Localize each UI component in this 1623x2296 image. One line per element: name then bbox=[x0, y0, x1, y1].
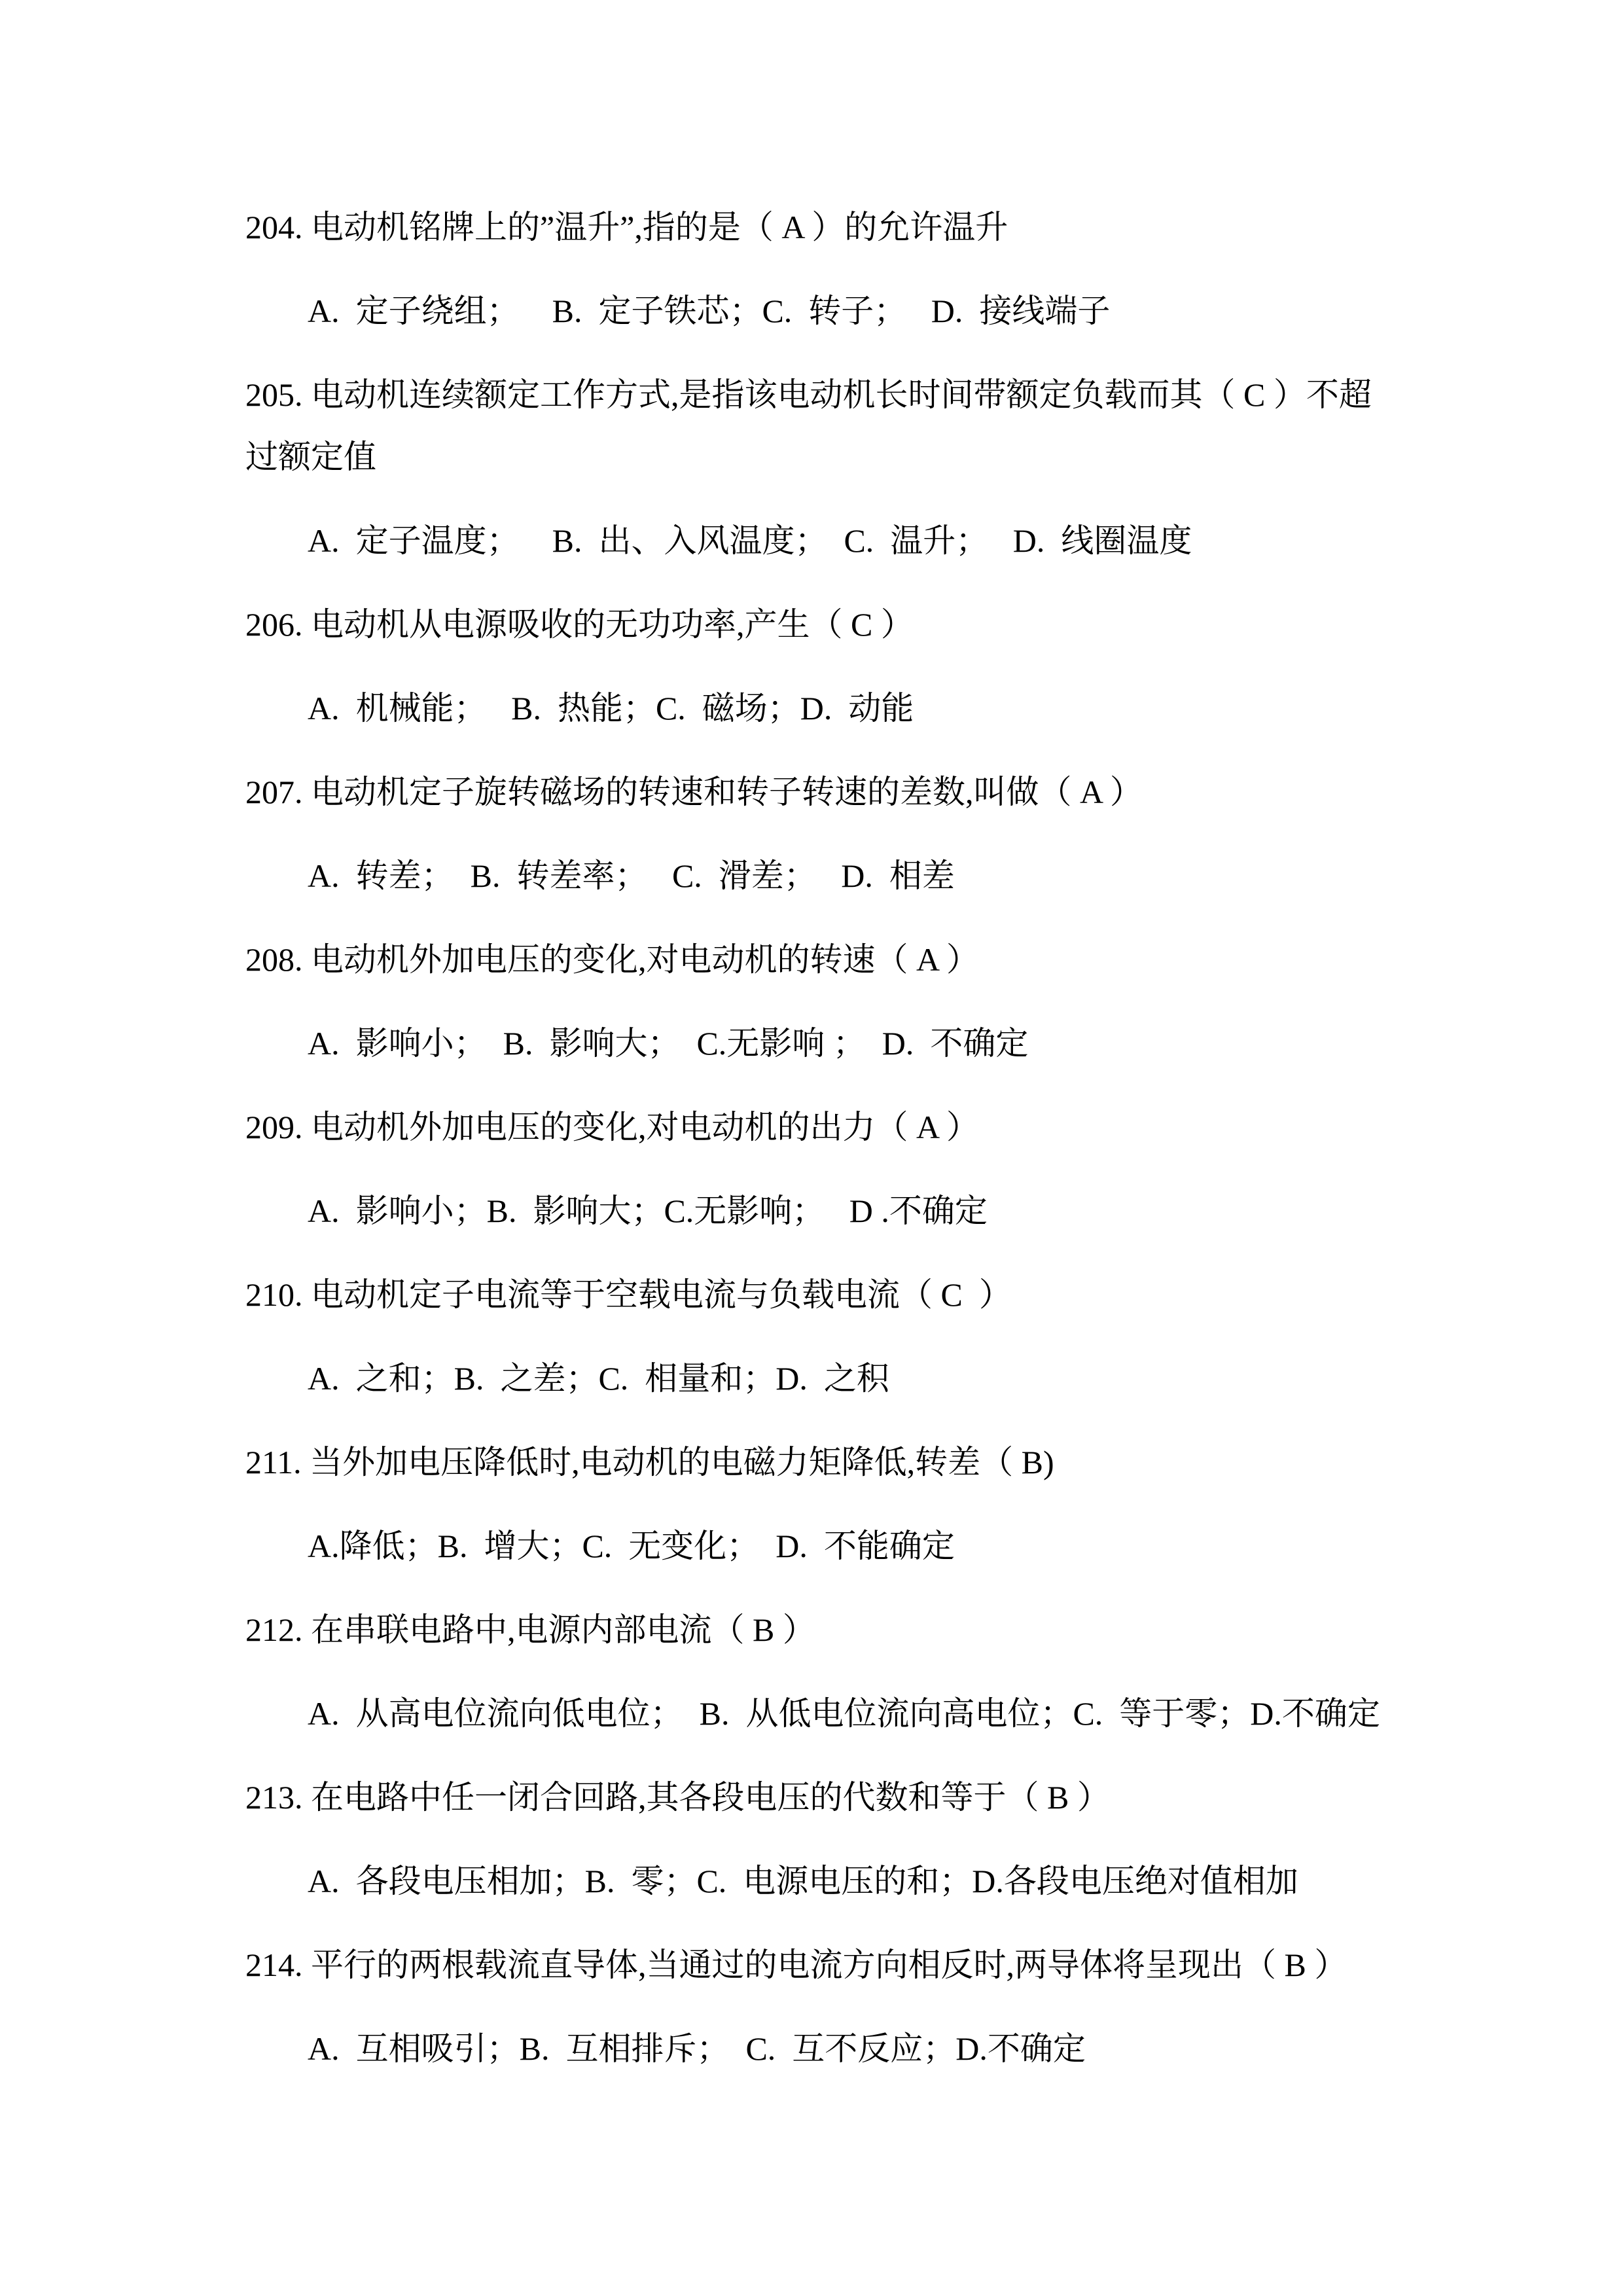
options-line: A. 定子温度； B. 出、入风温度； C. 温升； D. 线圈温度 bbox=[245, 510, 1417, 572]
question-text: 207. 电动机定子旋转磁场的转速和转子转速的差数,叫做（ A ） bbox=[245, 761, 1417, 823]
question-text: 214. 平行的两根载流直导体,当通过的电流方向相反时,两导体将呈现出（ B ） bbox=[245, 1934, 1417, 1996]
question-text: 208. 电动机外加电压的变化,对电动机的转速（ A ） bbox=[245, 929, 1417, 991]
options-line: A. 各段电压相加；B. 零；C. 电源电压的和；D.各段电压绝对值相加 bbox=[245, 1850, 1417, 1912]
options-line: A. 之和；B. 之差；C. 相量和；D. 之积 bbox=[245, 1348, 1417, 1410]
options-line: A. 从高电位流向低电位； B. 从低电位流向高电位；C. 等于零；D.不确定 bbox=[245, 1683, 1417, 1745]
question-214: 214. 平行的两根载流直导体,当通过的电流方向相反时,两导体将呈现出（ B ）… bbox=[245, 1934, 1417, 2080]
question-209: 209. 电动机外加电压的变化,对电动机的出力（ A ） A. 影响小；B. 影… bbox=[245, 1096, 1417, 1242]
options-line: A. 定子绕组； B. 定子铁芯；C. 转子； D. 接线端子 bbox=[245, 280, 1417, 342]
options-line: A. 影响小； B. 影响大； C.无影响 ； D. 不确定 bbox=[245, 1013, 1417, 1075]
question-text: 205. 电动机连续额定工作方式,是指该电动机长时间带额定负载而其（ C ）不超 bbox=[245, 364, 1417, 426]
question-text: 211. 当外加电压降低时,电动机的电磁力矩降低,转差（ B) bbox=[245, 1431, 1417, 1494]
question-text: 204. 电动机铭牌上的”温升”,指的是（ A ）的允许温升 bbox=[245, 196, 1417, 259]
question-text: 212. 在串联电路中,电源内部电流（ B ） bbox=[245, 1599, 1417, 1661]
question-204: 204. 电动机铭牌上的”温升”,指的是（ A ）的允许温升 A. 定子绕组； … bbox=[245, 196, 1417, 342]
question-207: 207. 电动机定子旋转磁场的转速和转子转速的差数,叫做（ A ） A. 转差；… bbox=[245, 761, 1417, 907]
question-text: 213. 在电路中任一闭合回路,其各段电压的代数和等于（ B ） bbox=[245, 1767, 1417, 1829]
question-211: 211. 当外加电压降低时,电动机的电磁力矩降低,转差（ B) A.降低；B. … bbox=[245, 1431, 1417, 1577]
document-page: 204. 电动机铭牌上的”温升”,指的是（ A ）的允许温升 A. 定子绕组； … bbox=[0, 0, 1623, 2296]
question-208: 208. 电动机外加电压的变化,对电动机的转速（ A ） A. 影响小； B. … bbox=[245, 929, 1417, 1075]
options-line: A. 影响小；B. 影响大；C.无影响； D .不确定 bbox=[245, 1180, 1417, 1242]
options-line: A. 机械能； B. 热能；C. 磁场；D. 动能 bbox=[245, 677, 1417, 740]
options-line: A. 互相吸引；B. 互相排斥； C. 互不反应；D.不确定 bbox=[245, 2018, 1417, 2080]
question-213: 213. 在电路中任一闭合回路,其各段电压的代数和等于（ B ） A. 各段电压… bbox=[245, 1767, 1417, 1912]
question-206: 206. 电动机从电源吸收的无功功率,产生（ C ） A. 机械能； B. 热能… bbox=[245, 594, 1417, 740]
question-text: 209. 电动机外加电压的变化,对电动机的出力（ A ） bbox=[245, 1096, 1417, 1158]
question-210: 210. 电动机定子电流等于空载电流与负载电流（ C ） A. 之和；B. 之差… bbox=[245, 1264, 1417, 1410]
options-line: A.降低；B. 增大；C. 无变化； D. 不能确定 bbox=[245, 1515, 1417, 1577]
question-text: 210. 电动机定子电流等于空载电流与负载电流（ C ） bbox=[245, 1264, 1417, 1326]
document-content: 204. 电动机铭牌上的”温升”,指的是（ A ）的允许温升 A. 定子绕组； … bbox=[245, 196, 1417, 2102]
question-205: 205. 电动机连续额定工作方式,是指该电动机长时间带额定负载而其（ C ）不超… bbox=[245, 364, 1417, 572]
options-line: A. 转差； B. 转差率； C. 滑差； D. 相差 bbox=[245, 845, 1417, 907]
question-212: 212. 在串联电路中,电源内部电流（ B ） A. 从高电位流向低电位； B.… bbox=[245, 1599, 1417, 1745]
question-text: 206. 电动机从电源吸收的无功功率,产生（ C ） bbox=[245, 594, 1417, 656]
question-text-wrap: 过额定值 bbox=[245, 426, 1417, 488]
